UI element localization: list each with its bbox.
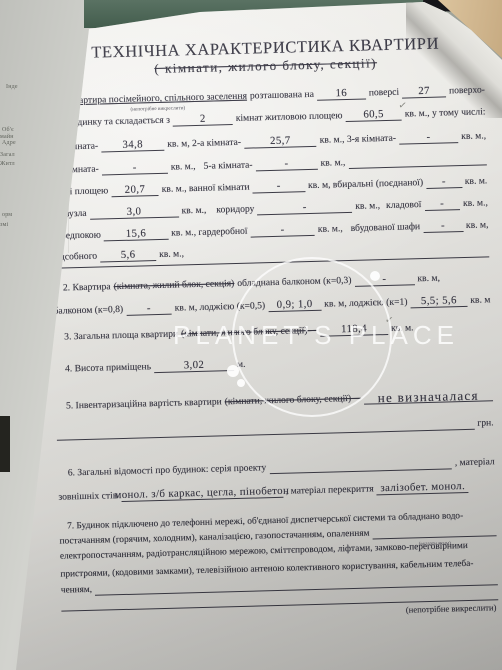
book-edge-shadow <box>0 416 10 472</box>
form-field-value: залізобет. монол. <box>380 481 465 494</box>
form-label: 3. Загальна площа квартири <box>64 329 178 344</box>
form-rows: 1.Квартира посімейного, спільного заселе… <box>48 83 499 623</box>
underlying-text-fragment: Загал <box>0 152 15 158</box>
form-label: кладової <box>386 199 422 212</box>
form-field: 16 <box>317 87 366 101</box>
underlying-text-fragment: Інде <box>6 84 18 90</box>
form-label: балконом (к=0,8) <box>53 304 123 318</box>
form-row: 2. Квартира(кімната, жилий блок, секція)… <box>53 270 490 294</box>
form-label: кв. м. <box>391 322 414 335</box>
form-row: 4-а кімната--кв. м.,5-а кімната--кв. м., <box>50 152 487 176</box>
form-field: - <box>252 179 305 193</box>
form-label: поверхо- <box>449 84 485 97</box>
form-label: кімнат житловою площею <box>236 110 343 125</box>
form-field-value: монол. з/б каркас, цегла, пінобетон <box>114 486 289 502</box>
form-row: 5. Інвентаризаційна вартість квартири(кі… <box>56 388 493 412</box>
form-content: ТЕХНІЧНА ХАРАКТЕРИСТИКА КВАРТИРИ ( кімна… <box>46 20 498 623</box>
form-field-value: - <box>277 181 281 192</box>
form-row: 4. Висота приміщень3,02м. <box>55 351 492 375</box>
form-field: - <box>257 200 352 215</box>
form-field: 15,6 <box>104 227 169 242</box>
form-row: вого будинку та складається з2кімнат жит… <box>48 105 485 129</box>
form-label: обладнана балконом (к=0,3) <box>237 275 351 290</box>
form-label: кв. м, лоджією (к=0,5) <box>175 300 266 314</box>
form-field <box>348 152 487 169</box>
form-field: - <box>250 223 315 238</box>
form-label: грн. <box>477 417 494 429</box>
form-label: кв. м., <box>320 157 345 170</box>
form-label-struck: (кімнати, жилого блоку, секції)— <box>181 325 317 341</box>
form-field: - <box>354 272 414 287</box>
form-row: 1-а кімната-34,8кв. м, 2-а кімната-25,7к… <box>49 129 486 153</box>
form-label: зовнішніх стін <box>58 490 118 504</box>
form-label-struck: (кімната, жилий блок, секція) <box>113 278 234 293</box>
form-field: 34,8 <box>101 138 164 153</box>
form-field: 25,7 <box>244 134 317 149</box>
underlying-text-fragment: змі <box>0 222 8 228</box>
form-field: - <box>423 219 463 233</box>
form-field-value: 3,02 <box>184 360 205 372</box>
form-row: санвузла3,0кв. м.,коридору-кв. м.,кладов… <box>51 196 488 220</box>
form-field-value: 25,7 <box>270 136 291 148</box>
form-field-value: - <box>147 303 151 314</box>
underlying-text-fragment: Житл <box>0 161 15 167</box>
form-field-value: 2 <box>200 114 206 125</box>
form-field-value: 60,5 <box>363 109 384 121</box>
form-label: м. <box>237 359 246 371</box>
form-field-value: 118,4 <box>341 324 367 336</box>
form-label: кв. м., <box>318 223 343 236</box>
form-field-value: 15,6 <box>126 228 147 240</box>
form-field: 5,6 <box>100 248 156 262</box>
underlying-text-fragment: орм <box>2 212 12 218</box>
form-label: , матеріал <box>455 456 495 469</box>
form-label-struck: (кімнати, жилого блоку, секції)— <box>225 393 361 409</box>
form-field-value: 5,5; 5,6 <box>421 295 457 307</box>
form-label: кв. м., <box>171 161 196 174</box>
form-row: 3. Загальна площа квартири(кімнати, жило… <box>54 319 491 343</box>
form-field-value: 16 <box>335 88 347 99</box>
form-label: ченням, <box>61 584 93 597</box>
form-label: кв. м <box>470 294 490 307</box>
form-label: кв. м, <box>417 273 440 286</box>
form-field: 27 <box>402 84 446 98</box>
form-row: передпокою15,6кв. м., гардеробної-кв. м.… <box>51 218 488 242</box>
form-field: - <box>424 197 460 211</box>
form-field-value: 27 <box>418 86 430 97</box>
form-field-value: 0,9; 1,0 <box>277 299 313 311</box>
form-field-value: - <box>426 132 430 143</box>
form-field: 2 <box>173 112 233 127</box>
form-field-value: - <box>382 274 386 285</box>
form-label: кв. м., <box>355 200 380 213</box>
form-field-value: - <box>284 159 288 170</box>
form-label: кв. м., <box>461 130 486 143</box>
form-field-value: - <box>281 225 285 236</box>
form-field-value: 20,7 <box>125 184 146 196</box>
form-row: зовнішніх стінмонол. з/б каркас, цегла, … <box>58 479 495 503</box>
form-label: поверсі <box>369 87 400 100</box>
form-field-value: - <box>442 176 446 187</box>
form-label: 6. Загальні відомості про будинок: серія… <box>68 462 267 479</box>
form-row: балконом (к=0,8)-кв. м, лоджією (к=0,5)0… <box>53 293 490 317</box>
form-field: залізобет. монол. <box>377 480 469 495</box>
form-field <box>57 417 475 441</box>
form-field: 60,5✓ <box>345 108 402 122</box>
form-subcaption: (вказати яким) <box>418 537 450 550</box>
form-label: кв. м., 3-я кімната- <box>319 133 396 147</box>
form-field: - <box>255 157 317 172</box>
form-field-value: - <box>303 202 307 213</box>
form-label: кв. м., <box>463 197 488 210</box>
form-row: 6. Загальні відомості про будинок: серія… <box>58 455 495 479</box>
form-label: 4. Висота приміщень <box>65 361 151 375</box>
form-field: 0,9; 1,0 <box>268 298 321 312</box>
form-label: 2. Квартира <box>63 281 111 294</box>
form-field-value: не визначалася <box>378 390 479 404</box>
form-label: кв. м, 2-а кімната- <box>167 137 241 151</box>
form-field: не визначалася <box>364 388 494 404</box>
form-field-value: - <box>440 199 444 210</box>
underlying-text-fragment: Адре <box>2 140 16 146</box>
form-label: кв. м., у тому числі: <box>405 106 486 120</box>
form-field-value: - <box>133 163 137 174</box>
form-field: - <box>126 302 172 316</box>
form-label: вбудованої шафи <box>351 221 421 235</box>
form-label: , матеріал перекриття <box>286 483 374 497</box>
document-photo: ІндеОб'ємайнАдреЗагалЖитлормзмі ТЕХНІЧНА… <box>0 0 502 670</box>
form-label: кв. м, <box>466 219 489 232</box>
form-field: 3,02 <box>154 358 234 373</box>
checkmark-icon: ✓ <box>397 100 407 113</box>
form-label: кв. м, лоджією (к=1) <box>324 296 408 310</box>
form-label: кв. м, вбиральні (поєднаної) <box>308 177 423 192</box>
form-label: коридору <box>216 203 254 216</box>
form-field: 118,4✓ <box>320 322 388 337</box>
checkmark-icon: ✓ <box>384 314 394 327</box>
form-label: кв. м. <box>465 175 488 188</box>
form-label: кв. м., <box>159 248 184 261</box>
form-label: розташована на <box>250 89 314 103</box>
form-label: кв. м., гардеробної <box>171 226 248 240</box>
form-label: 5-а кімната- <box>203 160 252 173</box>
form-label: 5. Інвентаризаційна вартість квартири <box>66 396 222 412</box>
form-label: кв. м., <box>181 205 206 218</box>
form-row: 1.Квартира посімейного, спільного заселе… <box>48 83 485 107</box>
form-field: 3,0 <box>89 204 178 219</box>
form-row: грн. <box>57 416 494 440</box>
form-field: 5,5; 5,6 <box>410 294 467 308</box>
form-field-value: - <box>441 220 445 231</box>
form-field: - <box>399 130 459 145</box>
form-field: монол. з/б каркас, цегла, пінобетон <box>121 485 283 502</box>
form-field-value: 34,8 <box>122 139 143 151</box>
form-field: (вказати яким) <box>372 523 496 539</box>
underlying-text-fragment: Об'є <box>2 127 14 133</box>
form-field: - <box>426 175 462 189</box>
form-label-underlined: Квартира посімейного, спільного заселенн… <box>68 91 247 108</box>
form-label: кв. м., ванної кімнати <box>162 182 250 196</box>
form-field-value: 5,6 <box>121 250 136 261</box>
form-row: кухні площею20,7кв. м., ванної кімнати-к… <box>50 174 487 198</box>
form-field: 20,7 <box>111 183 159 197</box>
form-field: - <box>102 161 168 176</box>
form-field-value: 3,0 <box>127 206 142 217</box>
form-field <box>269 456 452 474</box>
